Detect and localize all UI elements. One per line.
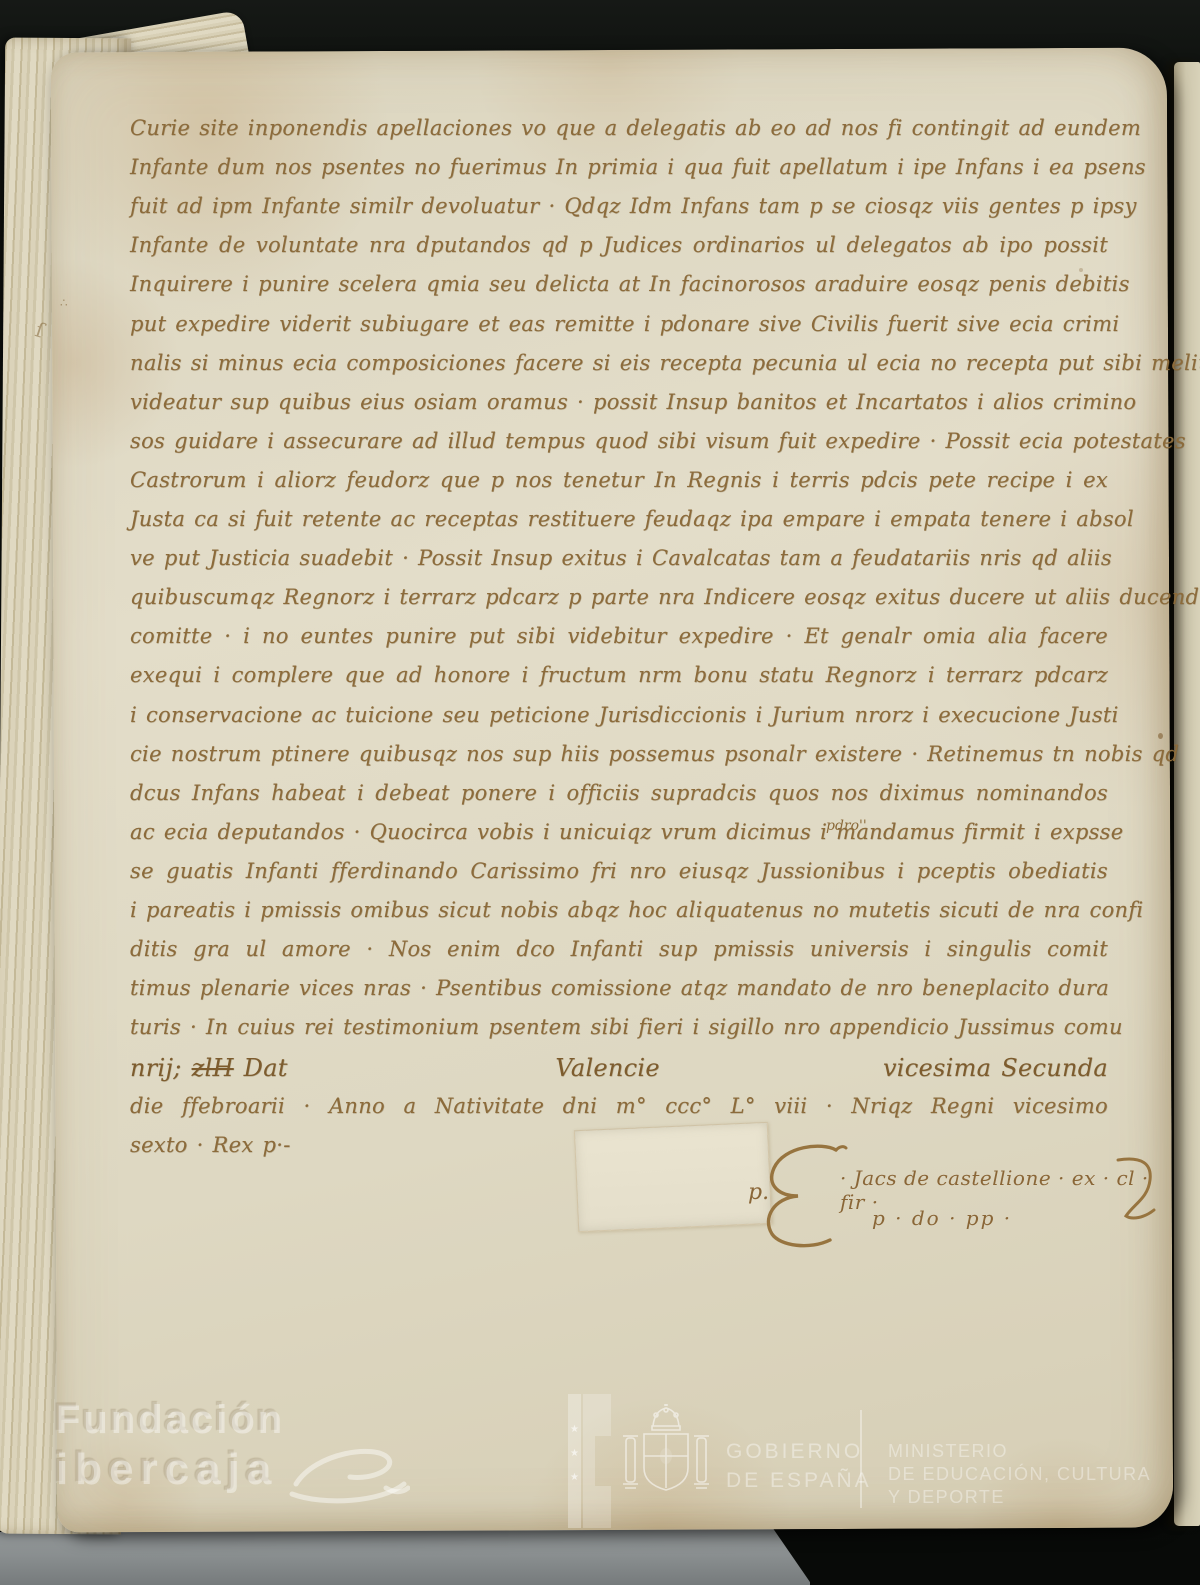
text-line: put expedire viderit subiugare et eas re… [130,312,1108,351]
text-line: turis · In cuius rei testimonium psentem… [130,1015,1108,1054]
star-icon: ★ [570,1472,579,1483]
text-line: Justa ca si fuit retente ac receptas res… [130,507,1108,546]
ministerio-watermark-line3: Y DEPORTE [888,1487,1005,1508]
date-line-segment: Dat [234,1054,288,1082]
flag-bar-segment [568,1394,581,1528]
signature-flourish [1112,1154,1158,1224]
ibercaja-watermark-line1: Fundación [54,1396,283,1441]
text-line: exequi i complere que ad honore i fructu… [130,663,1108,702]
text-line: Castrorum i aliorz feudorz que p nos ten… [130,468,1108,507]
text-line: i conservacione ac tuicione seu peticion… [130,703,1108,742]
chancery-signature: p. · Jacs de castellione · ex · cl · fir… [744,1140,1164,1255]
struck-text: zlH [192,1054,234,1082]
text-line: videatur sup quibus eius osiam oramus · … [130,390,1108,429]
text-line: Curie site inponendis apellaciones vo qu… [130,116,1108,155]
signature-p: p. [748,1180,769,1205]
ibercaja-logo-swirl-icon [288,1442,410,1504]
scanned-manuscript-photo: ∴ ſ Curie site inponendis apellaciones v… [0,0,1200,1585]
text-line: Infante dum nos psentes no fuerimus In p… [130,155,1108,194]
flag-bar-segment [583,1486,611,1528]
signature-line2: p · do · pp · [872,1206,1012,1230]
text-line: comitte · i no euntes punire put sibi vi… [130,624,1108,663]
text-line: die ffebroarii · Anno a Nativitate dni m… [130,1094,1108,1133]
wormhole-fleck [1158,733,1163,739]
star-icon: ★ [570,1424,579,1435]
text-line: fuit ad ipm Infante similr devoluatur · … [130,194,1108,233]
text-line: ditis gra ul amore · Nos enim dco Infant… [130,937,1108,976]
text-line: nalis si minus ecia composiciones facere… [130,351,1108,390]
ministerio-watermark-line2: DE EDUCACIÓN, CULTURA [888,1464,1151,1485]
flag-bar-segment [583,1436,595,1486]
text-line: dcus Infans habeat i debeat ponere i off… [130,781,1108,820]
ibercaja-watermark: Fundación ibercaja [54,1396,283,1493]
date-line-segment: vicesima Secunda [883,1054,1108,1082]
text-line: Infante de voluntate nra dputandos qd p … [130,233,1108,272]
ministerio-watermark-line1: MINISTERIO [888,1441,1008,1462]
text-line: quibuscumqz Regnorz i terrarz pdcarz p p… [130,585,1108,624]
adjacent-page-sliver [1174,62,1200,1526]
text-line: timus plenarie vices nras · Psentibus co… [130,976,1108,1015]
text-line: Inquirere i punire scelera qmia seu deli… [130,272,1108,311]
text-line: ac ecia deputandos · Quocirca vobis i un… [130,820,1108,859]
watermark-divider [860,1410,862,1508]
text-line: se guatis Infanti fferdinando Carissimo … [130,859,1108,898]
ibercaja-watermark-line2: ibercaja [54,1443,283,1493]
date-line-segment: nrij; [130,1054,192,1082]
flag-bar-segment [583,1394,611,1436]
manuscript-text: Curie site inponendis apellaciones vo qu… [130,116,1108,1176]
text-line: nrij; zlH DatValencievicesima Secunda [130,1054,1108,1093]
text-line: cie nostrum ptinere quibusqz nos sup hii… [130,742,1108,781]
spain-coat-of-arms-icon [620,1402,712,1510]
text-line: i pareatis i pmissis omibus sicut nobis … [130,898,1108,937]
marginal-mark: ∴ [60,296,68,310]
interlinear-insertion: pdro'' [826,818,867,834]
text-line: sos guidare i assecurare ad illud tempus… [130,429,1108,468]
text-line: ve put Justicia suadebit · Possit Insup … [130,546,1108,585]
gobierno-watermark-line1: GOBIERNO [726,1440,863,1464]
date-line-segment: Valencie [555,1054,660,1082]
signature-brace [758,1140,850,1252]
star-icon: ★ [570,1448,579,1459]
gobierno-watermark-line2: DE ESPAÑA [726,1469,872,1493]
